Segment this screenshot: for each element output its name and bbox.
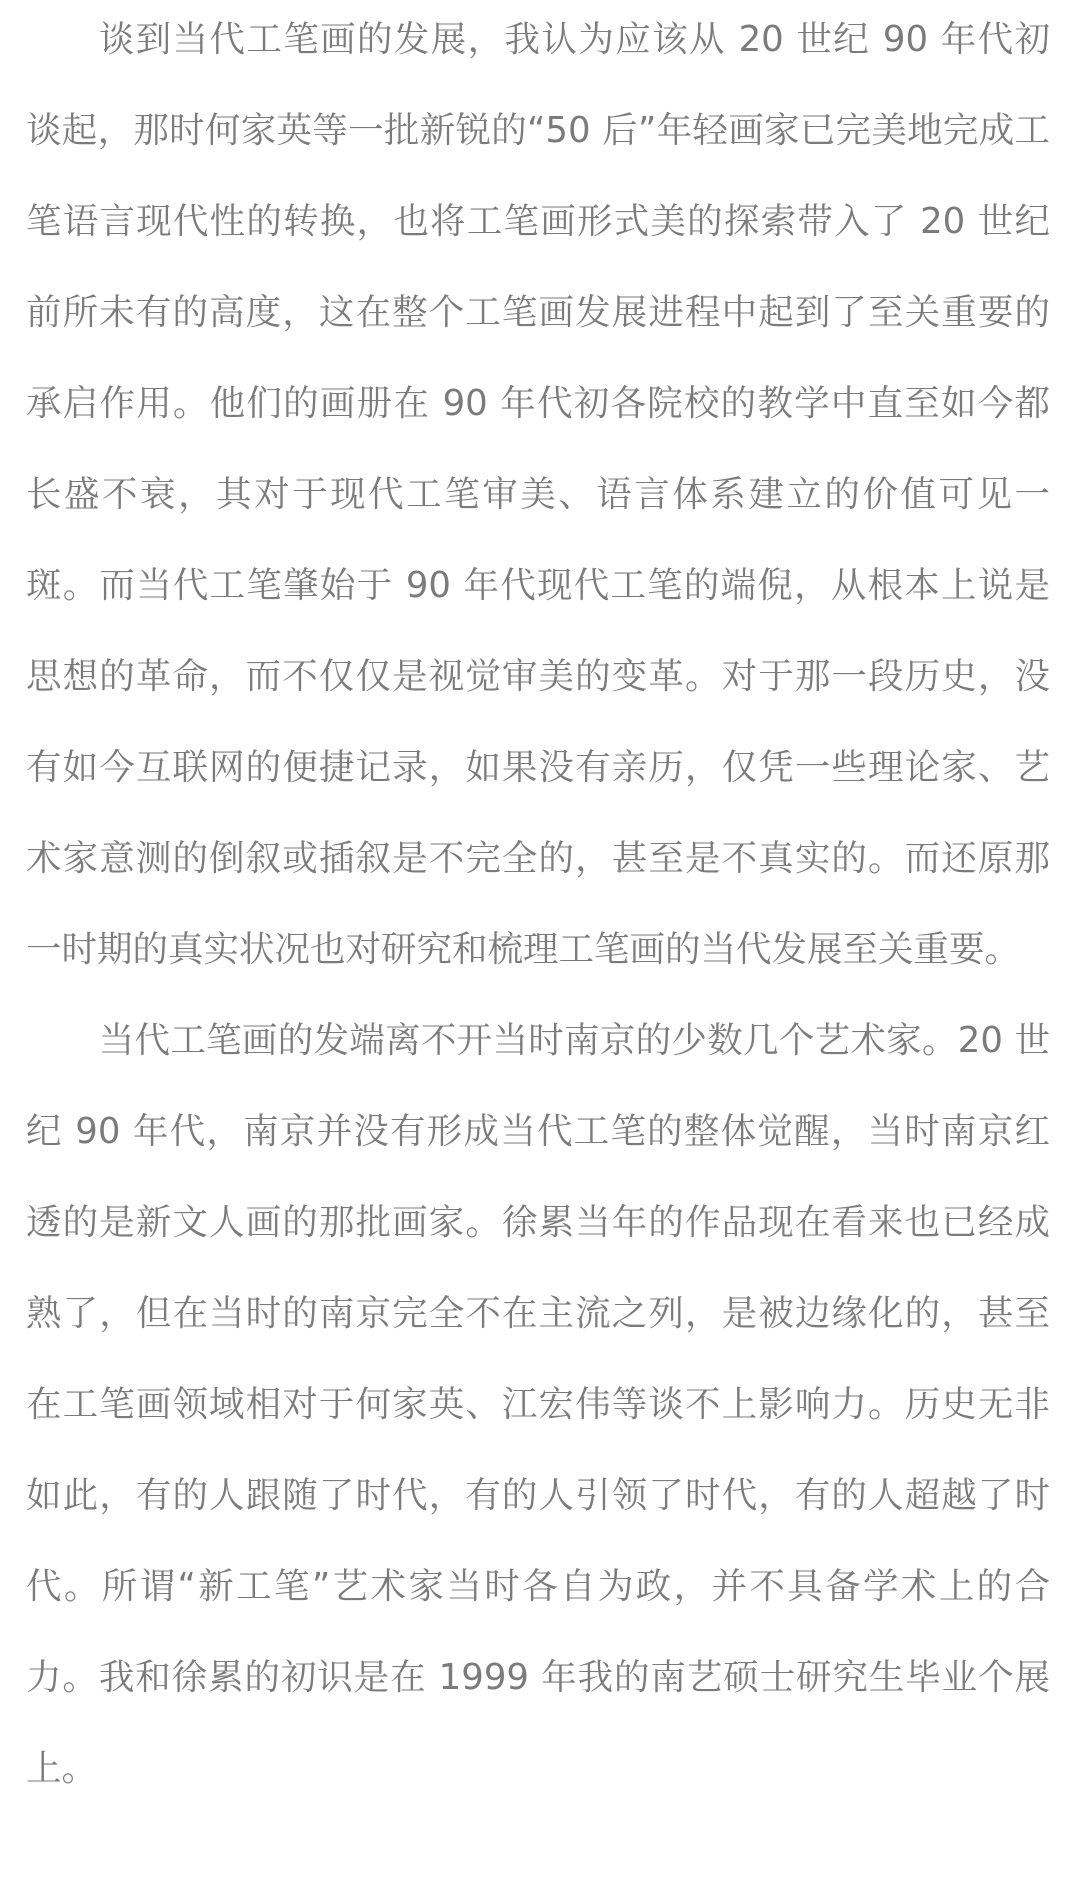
article-paragraph: 当代工笔画的发端离不开当时南京的少数几个艺术家。20 世纪 90 年代，南京并没…: [26, 995, 1050, 1814]
article-paragraph: 谈到当代工笔画的发展，我认为应该从 20 世纪 90 年代初谈起，那时何家英等一…: [26, 0, 1050, 995]
article-body: 谈到当代工笔画的发展，我认为应该从 20 世纪 90 年代初谈起，那时何家英等一…: [26, 0, 1050, 1814]
